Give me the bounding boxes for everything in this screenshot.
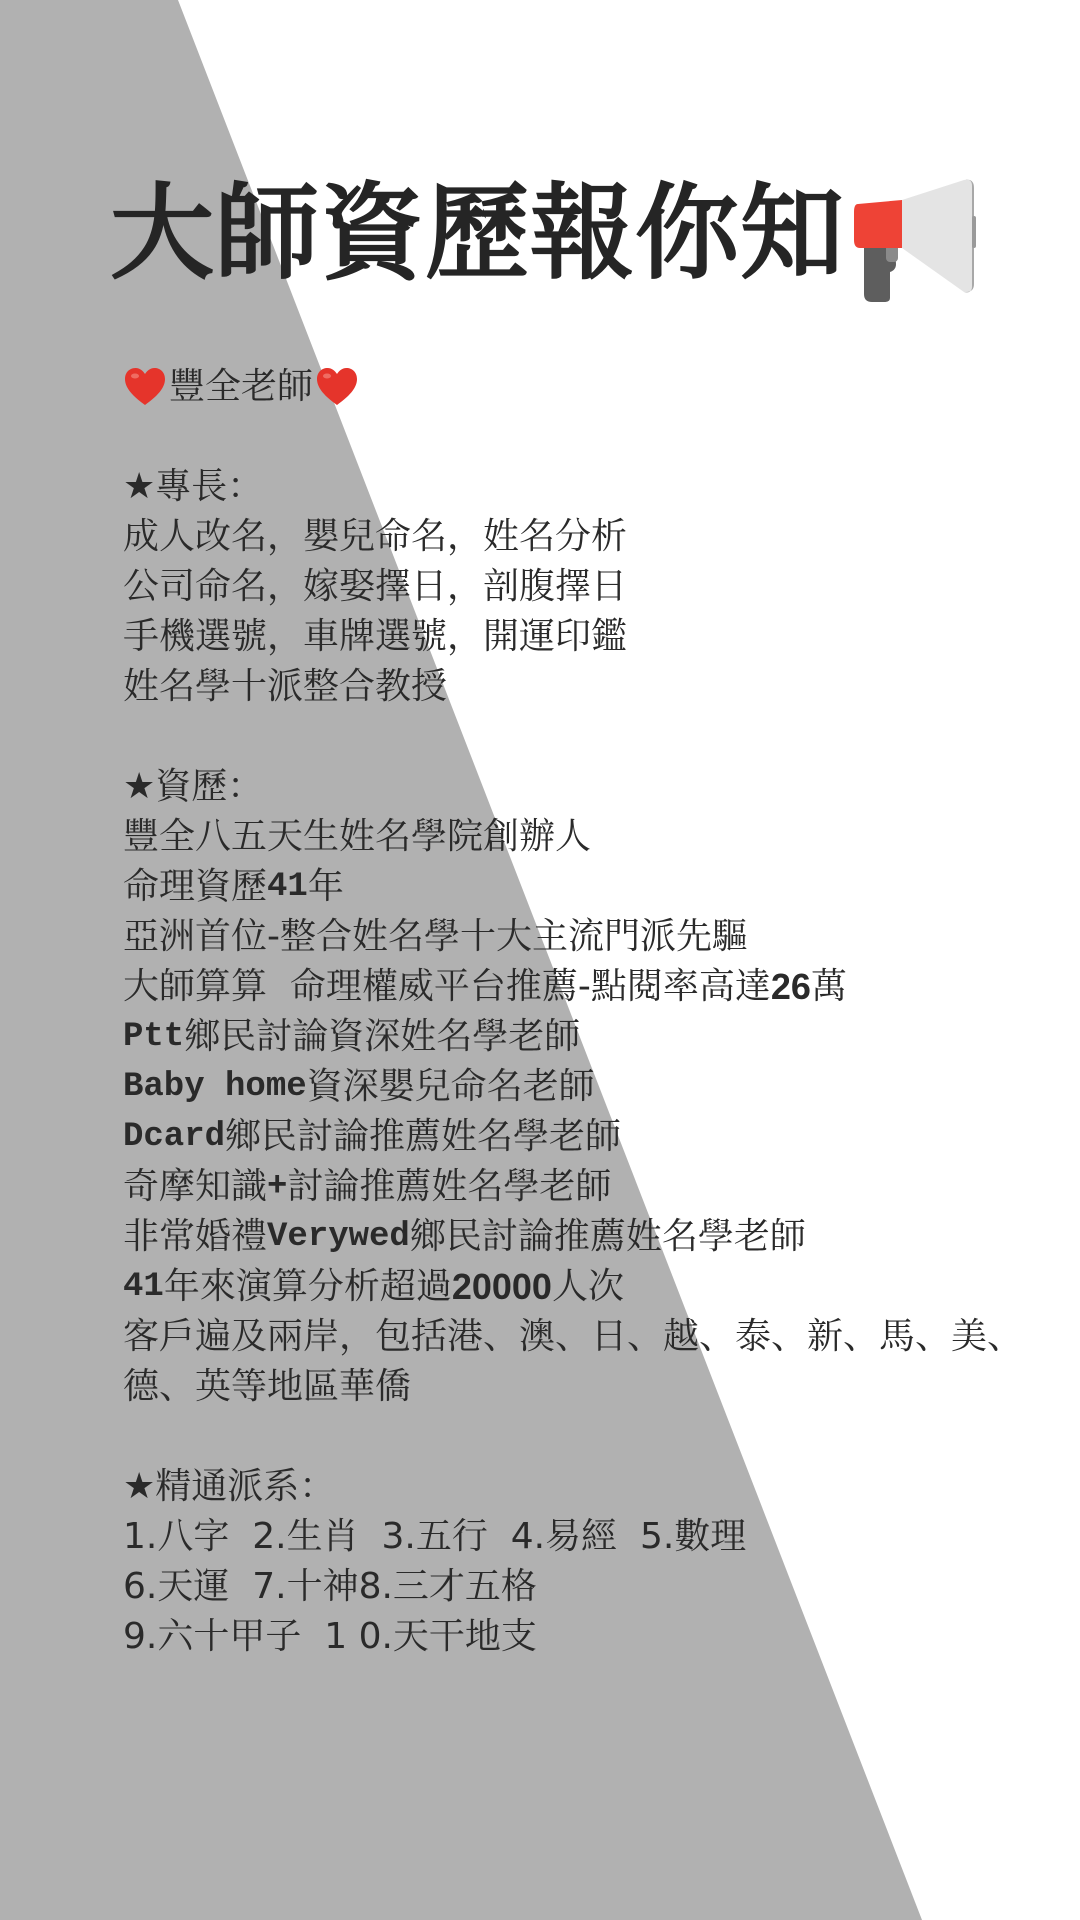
credential-brand: Ptt xyxy=(123,1012,184,1062)
credential-number: 20000 xyxy=(452,1262,552,1312)
credential-brand: Baby home xyxy=(123,1062,307,1112)
specialty-line: 公司命名，嫁娶擇日，剖腹擇日 xyxy=(123,562,1063,612)
credential-line: 41年來演算分析超過20000人次 xyxy=(123,1262,1063,1312)
credential-text: 鄉民討論推薦姓名學老師 xyxy=(410,1212,806,1262)
credential-line: 奇摩知識+討論推薦姓名學老師 xyxy=(123,1162,1063,1212)
teacher-name: 豐全老師 xyxy=(169,362,313,412)
credential-line: 豐全八五天生姓名學院創辦人 xyxy=(123,812,1063,862)
credential-text: 鄉民討論推薦姓名學老師 xyxy=(225,1112,621,1162)
credential-text: 萬 xyxy=(811,962,847,1012)
credential-brand: Verywed xyxy=(267,1212,410,1262)
credential-text: 德、英等地區華僑 xyxy=(123,1362,411,1412)
credential-line: 命理資歷41年 xyxy=(123,862,1063,912)
credential-line: 亞洲首位-整合姓名學十大主流門派先驅 xyxy=(123,912,1063,962)
credential-symbol: + xyxy=(267,1162,287,1212)
school-text: 9.六十甲子 1 0.天干地支 xyxy=(123,1612,537,1662)
credential-line: Dcard鄉民討論推薦姓名學老師 xyxy=(123,1112,1063,1162)
teacher-name-line: 豐全老師 xyxy=(123,362,1063,412)
credential-text: 人次 xyxy=(552,1262,624,1312)
credential-line: 非常婚禮Verywed鄉民討論推薦姓名學老師 xyxy=(123,1212,1063,1262)
credential-line: Ptt鄉民討論資深姓名學老師 xyxy=(123,1012,1063,1062)
title-text: 大師資歷報你知 xyxy=(110,168,845,298)
credential-text: 亞洲首位-整合姓名學十大主流門派先驅 xyxy=(123,912,748,962)
page-title: 大師資歷報你知 xyxy=(110,168,845,298)
school-text: 6.天運 7.十神8.三才五格 xyxy=(123,1562,537,1612)
specialty-line: 手機選號，車牌選號，開運印鑑 xyxy=(123,612,1063,662)
school-line: 6.天運 7.十神8.三才五格 xyxy=(123,1562,1063,1612)
school-line: 1.八字 2.生肖 3.五行 4.易經 5.數理 xyxy=(123,1512,1063,1562)
credential-text: 資深嬰兒命名老師 xyxy=(307,1062,595,1112)
credentials-heading: ★資歷： xyxy=(123,762,1063,812)
spacer xyxy=(123,712,1063,762)
credential-text: 命理資歷 xyxy=(123,862,267,912)
school-line: 9.六十甲子 1 0.天干地支 xyxy=(123,1612,1063,1662)
schools-heading: ★精通派系： xyxy=(123,1462,1063,1512)
credential-text: 大師算算 命理權威平台推薦-點閱率高達 xyxy=(123,962,771,1012)
credential-line: 客戶遍及兩岸，包括港、澳、日、越、泰、新、馬、美、 xyxy=(123,1312,1063,1362)
spacer xyxy=(123,412,1063,462)
credential-number: 26 xyxy=(771,962,811,1012)
credential-text: 非常婚禮 xyxy=(123,1212,267,1262)
credential-line: Baby home資深嬰兒命名老師 xyxy=(123,1062,1063,1112)
credential-number: 41 xyxy=(267,862,308,912)
specialty-line: 姓名學十派整合教授 xyxy=(123,662,1063,712)
credential-text: 豐全八五天生姓名學院創辦人 xyxy=(123,812,591,862)
credential-line: 德、英等地區華僑 xyxy=(123,1362,1063,1412)
credential-text: 討論推薦姓名學老師 xyxy=(287,1162,611,1212)
specialty-line: 成人改名，嬰兒命名，姓名分析 xyxy=(123,512,1063,562)
megaphone-icon xyxy=(852,176,976,302)
school-text: 1.八字 2.生肖 3.五行 4.易經 5.數理 xyxy=(123,1512,746,1562)
red-heart-icon xyxy=(123,365,167,409)
credential-brand: Dcard xyxy=(123,1112,225,1162)
credential-text: 奇摩知識 xyxy=(123,1162,267,1212)
spacer xyxy=(123,1412,1063,1462)
profile-content: 豐全老師 ★專長： 成人改名，嬰兒命名，姓名分析 公司命名，嫁娶擇日，剖腹擇日 … xyxy=(123,362,1063,1662)
credential-line: 大師算算 命理權威平台推薦-點閱率高達26萬 xyxy=(123,962,1063,1012)
credential-text: 年來演算分析超過 xyxy=(164,1262,452,1312)
credential-text: 鄉民討論資深姓名學老師 xyxy=(184,1012,580,1062)
credential-text: 客戶遍及兩岸，包括港、澳、日、越、泰、新、馬、美、 xyxy=(123,1312,1023,1362)
specialties-heading: ★專長： xyxy=(123,462,1063,512)
credential-text: 年 xyxy=(308,862,344,912)
red-heart-icon xyxy=(315,365,359,409)
credential-number: 41 xyxy=(123,1262,164,1312)
